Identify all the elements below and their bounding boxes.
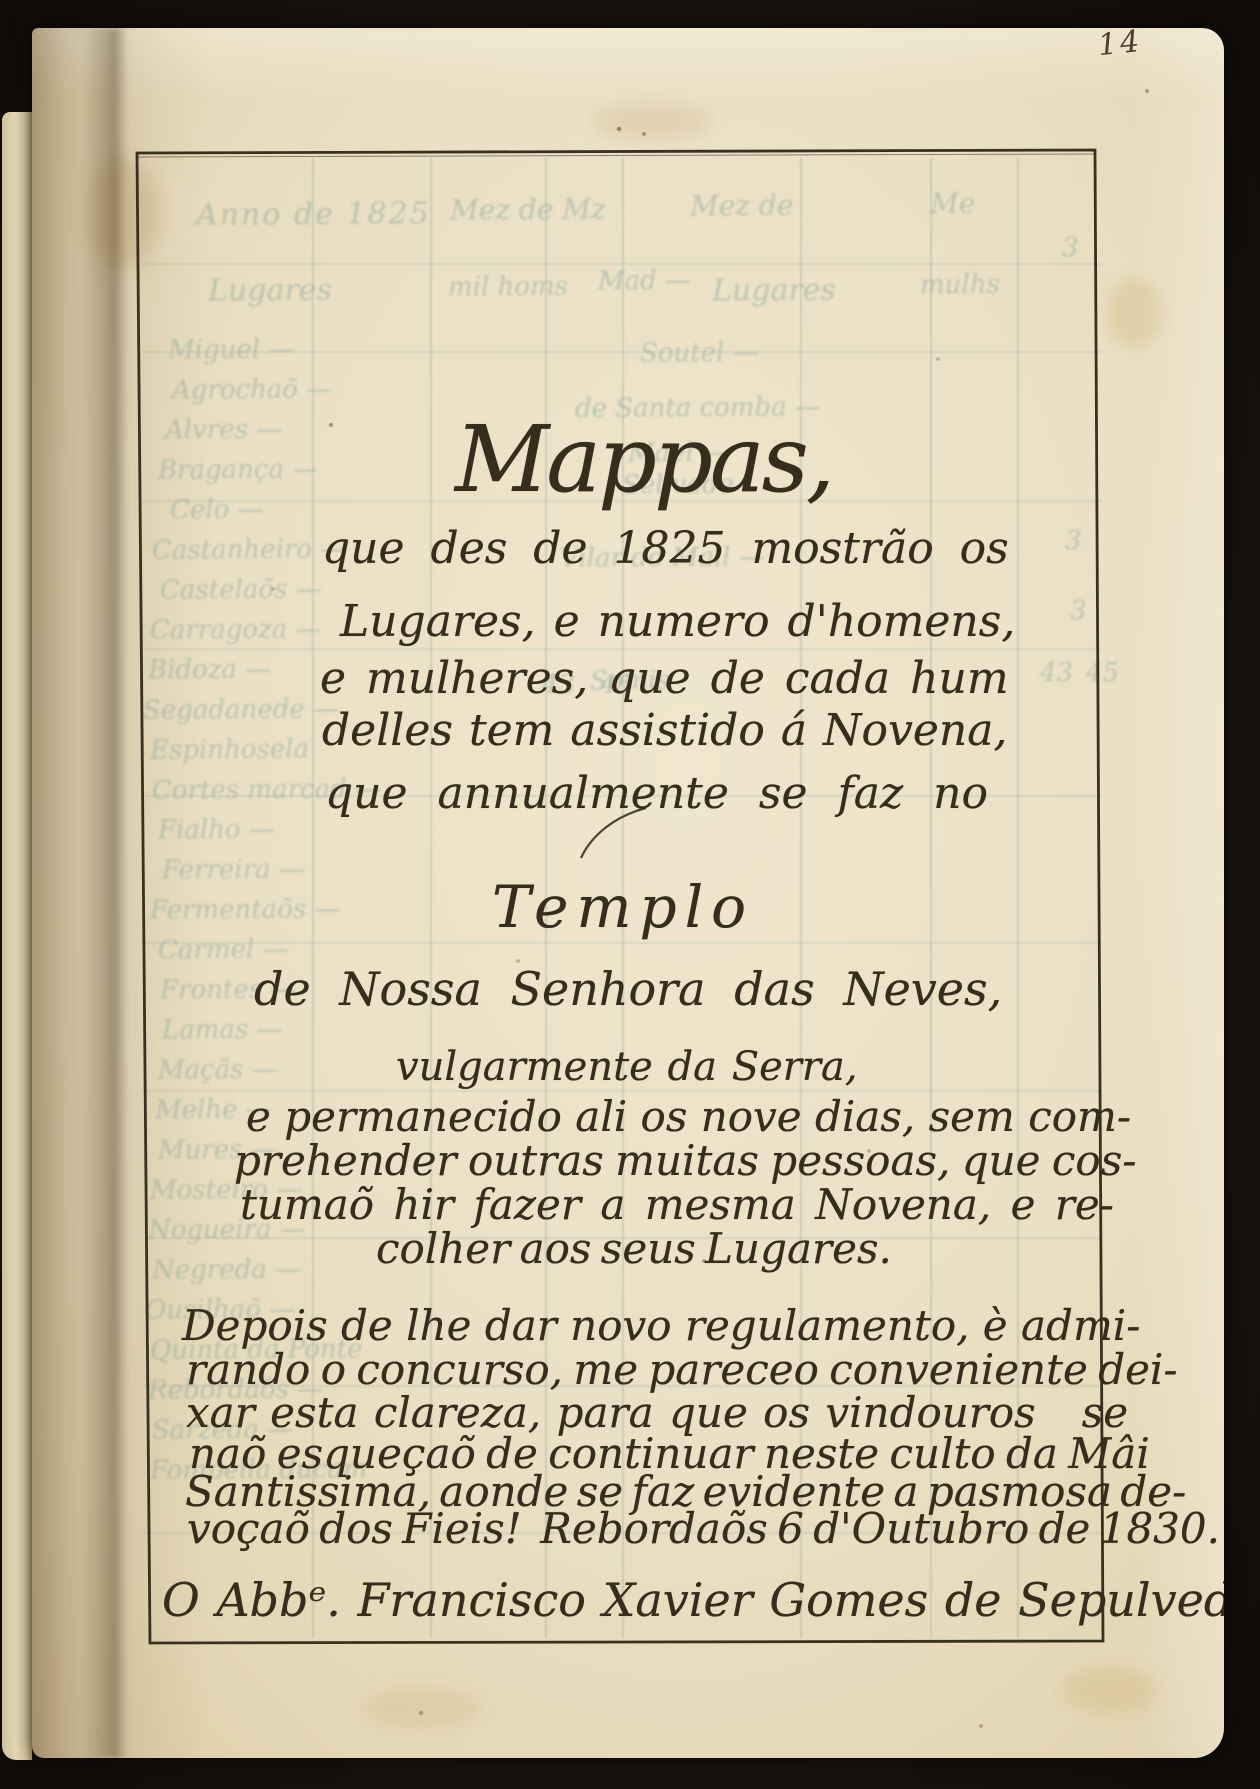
line-16: xar esta clareza, para que os vindouros … [186, 1392, 1128, 1434]
bleed-header-word: mulhs [920, 272, 1000, 299]
bleed-word: Soutel — [640, 340, 759, 367]
signature-line: O Abbᵉ. Francisco Xavier Gomes de Sepulv… [162, 1577, 1224, 1623]
bleed-place-name: Negreda — [152, 1256, 301, 1283]
bleed-place-name: Segadanede — [143, 696, 339, 723]
line-06: que annualmente se faz no [325, 772, 988, 816]
bleed-place-name: Maçãs — [158, 1057, 278, 1084]
bleed-place-name: Bragança — [158, 456, 318, 483]
bleed-header-word: Me [930, 190, 975, 218]
bleed-place-name: Carragoza — [150, 616, 322, 643]
line-14: Depois de lhe dar novo regulamento, è ad… [182, 1305, 1140, 1347]
line-11: prehender outras muitas pessoas, que cos… [234, 1140, 1136, 1182]
bleed-place-name: Bidoza — [148, 657, 271, 684]
bleed-place-name: Alvres — [165, 417, 282, 444]
line-15: rando o concurso, me pareceo conveniente… [186, 1349, 1178, 1391]
bleed-header-word: Mez de Mz [450, 195, 606, 224]
line-05: delles tem assistido á Novena, [322, 709, 1008, 753]
bleed-number: 43 [1040, 660, 1073, 686]
bleed-header-word: Mez de [690, 192, 794, 221]
bleed-place-name: Carmel — [158, 937, 289, 964]
bleed-number: 3 [1065, 528, 1082, 554]
line-03: Lugares, e numero d'homens, [340, 600, 1015, 644]
bleed-place-name: Ferreira — [162, 857, 305, 884]
line-10: e permanecido ali os nove dias, sem com- [246, 1096, 1131, 1138]
bleed-row-line [142, 263, 1102, 265]
line-08: de Nossa Senhora das Neves, [254, 966, 1002, 1012]
bleed-place-name: Fermentaõs — [150, 896, 341, 923]
bleed-place-name: Agrochaõ — [172, 376, 332, 403]
bleed-place-name: Espinhosela [150, 736, 309, 763]
bleed-number: 3 [1062, 235, 1079, 261]
bleed-number: 45 [1086, 660, 1119, 686]
title-line: Mappas, [455, 414, 832, 506]
bleed-header-word: Lugares [712, 276, 836, 307]
bleed-header-word: Lugares [208, 276, 332, 307]
bleed-place-name: Miguel — [168, 337, 294, 364]
bleed-place-name: Castelaõs — [160, 576, 322, 603]
bleed-place-name: Celo — [170, 497, 264, 524]
line-13: colher aos seus Lugares. [376, 1228, 892, 1270]
bleed-place-name: Castanheiro — [152, 536, 346, 563]
bleed-place-name: Lamas — [162, 1017, 283, 1044]
binding-crease-shadow [82, 28, 128, 1758]
line-09: vulgarmente da Serra, [396, 1047, 858, 1087]
line-04: e mulheres, que de cada hum [320, 657, 1009, 701]
line-02: que des de 1825 mostrão os [322, 527, 1009, 571]
bleed-place-name: Fialho — [158, 817, 275, 844]
line-07: Templo [492, 878, 754, 936]
folio-number: 14 [1096, 24, 1144, 63]
manuscript-page: Anno de 1825Mez de MzMez deMeLugaresmil … [32, 28, 1224, 1758]
line-12: tumaõ hir fazer a mesma Novena, e re- [240, 1184, 1114, 1226]
bleed-row-line [142, 648, 1102, 650]
bleed-header-word: Anno de 1825 [196, 199, 431, 231]
bleed-header-word: mil homs [448, 274, 568, 301]
bleed-number: 3 [1070, 598, 1087, 624]
line-19: voçaõ dos Fieis! Rebordaõs 6 d'Outubro d… [187, 1508, 1220, 1550]
bleed-word: Mad — [598, 268, 691, 295]
previous-leaf-edge [2, 112, 32, 1760]
